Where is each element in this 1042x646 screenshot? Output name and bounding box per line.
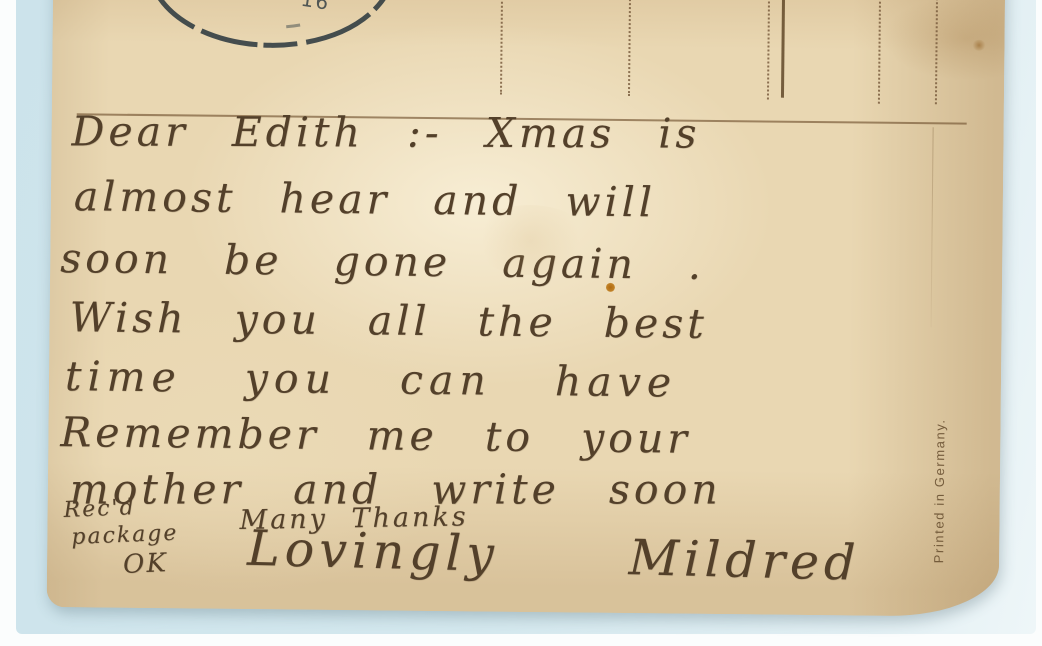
address-divider-line — [767, 0, 770, 100]
closing-text: Lovingly — [247, 520, 500, 583]
note-line: package — [71, 521, 179, 550]
postmark-icon — [132, 0, 433, 64]
postcard: 16 Dear Edith :- Xmas is almost hear and… — [47, 0, 1006, 617]
note-line: Rec'd — [63, 495, 136, 523]
message-line: time you can have — [65, 352, 678, 406]
address-divider-line — [781, 0, 785, 98]
note-line: OK — [122, 548, 168, 580]
address-divider-line — [935, 0, 939, 104]
message-line: Remember me to your — [60, 408, 691, 463]
stain-spot — [606, 283, 615, 292]
paper-crease — [931, 127, 934, 327]
message-line: soon be gone again . — [60, 234, 705, 289]
address-divider-line — [628, 0, 631, 96]
closing-row: Lovingly Mildred — [247, 520, 862, 592]
message-line: Dear Edith :- Xmas is — [71, 107, 700, 157]
printed-in-germany-label: Printed in Germany. — [931, 363, 948, 563]
photo-scene: 16 Dear Edith :- Xmas is almost hear and… — [0, 0, 1042, 646]
signature-text: Mildred — [628, 529, 861, 592]
stain-spot — [972, 40, 985, 51]
stain-spot — [470, 204, 591, 275]
message-line: Wish you all the best — [69, 293, 708, 348]
address-divider-line — [878, 0, 882, 104]
address-divider-line — [500, 0, 503, 95]
